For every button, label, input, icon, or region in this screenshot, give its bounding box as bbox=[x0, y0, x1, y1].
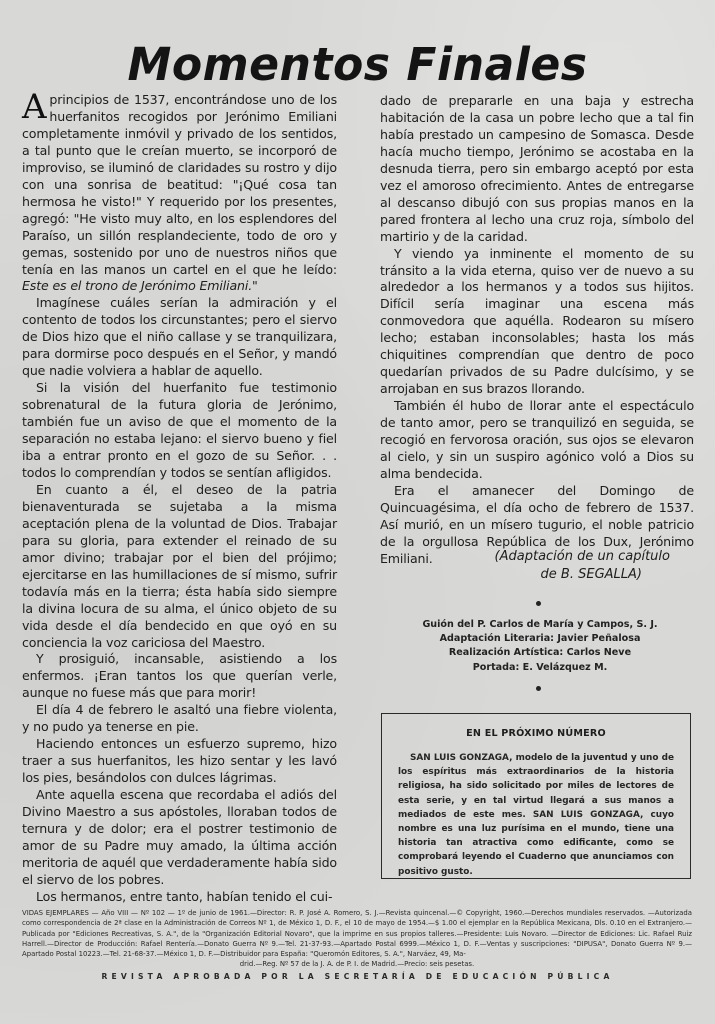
credit-line: Adaptación Literaria: Javier Peñalosa bbox=[400, 632, 680, 646]
next-issue-body: SAN LUIS GONZAGA, modelo de la juventud … bbox=[398, 751, 674, 879]
credit-line: Guión del P. Carlos de María y Campos, S… bbox=[400, 618, 680, 632]
approval-notice: REVISTA APROBADA POR LA SECRETARÍA DE ED… bbox=[0, 972, 715, 981]
article-paragraph: Imagínese cuáles serían la admiración y … bbox=[22, 295, 337, 380]
article-paragraph: Y viendo ya inminente el momento de su t… bbox=[380, 246, 694, 399]
credit-line: Portada: E. Velázquez M. bbox=[400, 661, 680, 675]
paragraph-text: principios de 1537, encontrándose uno de… bbox=[22, 92, 337, 277]
article-paragraph: Y prosiguió, incansable, asistiendo a lo… bbox=[22, 651, 337, 702]
credit-line: Realización Artística: Carlos Neve bbox=[400, 646, 680, 660]
separator-dot-icon bbox=[536, 686, 541, 691]
attribution-line: (Adaptación de un capítulo bbox=[470, 548, 670, 566]
article-right-column: dado de prepararle en una baja y estrech… bbox=[380, 93, 694, 568]
article-paragraph: A principios de 1537, encontrándose uno … bbox=[22, 92, 337, 295]
attribution: (Adaptación de un capítulo de B. SEGALLA… bbox=[470, 548, 670, 584]
next-issue-box: EN EL PRÓXIMO NÚMERO SAN LUIS GONZAGA, m… bbox=[381, 713, 691, 879]
article-paragraph: dado de prepararle en una baja y estrech… bbox=[380, 93, 694, 246]
page-title: Momentos Finales bbox=[7, 38, 708, 91]
imprint-text: VIDAS EJEMPLARES — Año VIII — Nº 102 — 1… bbox=[22, 908, 692, 959]
magazine-page: Momentos Finales A principios de 1537, e… bbox=[0, 0, 715, 1024]
credits-block: Guión del P. Carlos de María y Campos, S… bbox=[400, 618, 680, 675]
imprint-footer: VIDAS EJEMPLARES — Año VIII — Nº 102 — 1… bbox=[22, 908, 692, 970]
article-paragraph: Los hermanos, entre tanto, habían tenido… bbox=[22, 889, 337, 906]
article-paragraph: También él hubo de llorar ante el espect… bbox=[380, 398, 694, 483]
article-paragraph: El día 4 de febrero le asaltó una fiebre… bbox=[22, 702, 337, 736]
article-left-column: A principios de 1537, encontrándose uno … bbox=[22, 92, 337, 906]
separator-dot-icon bbox=[536, 601, 541, 606]
attribution-line: de B. SEGALLA) bbox=[470, 566, 670, 584]
article-paragraph: Si la visión del huerfanito fue testimon… bbox=[22, 380, 337, 482]
article-paragraph: En cuanto a él, el deseo de la patria bi… bbox=[22, 482, 337, 652]
drop-cap: A bbox=[22, 94, 46, 120]
quote-italic: Este es el trono de Jerónimo Emiliani." bbox=[22, 278, 258, 293]
article-paragraph: Ante aquella escena que recordaba el adi… bbox=[22, 787, 337, 889]
imprint-text-last: drid.—Reg. Nº 57 de la J. A. de P. I. de… bbox=[22, 959, 692, 969]
article-paragraph: Haciendo entonces un esfuerzo supremo, h… bbox=[22, 736, 337, 787]
next-issue-heading: EN EL PRÓXIMO NÚMERO bbox=[398, 728, 674, 739]
